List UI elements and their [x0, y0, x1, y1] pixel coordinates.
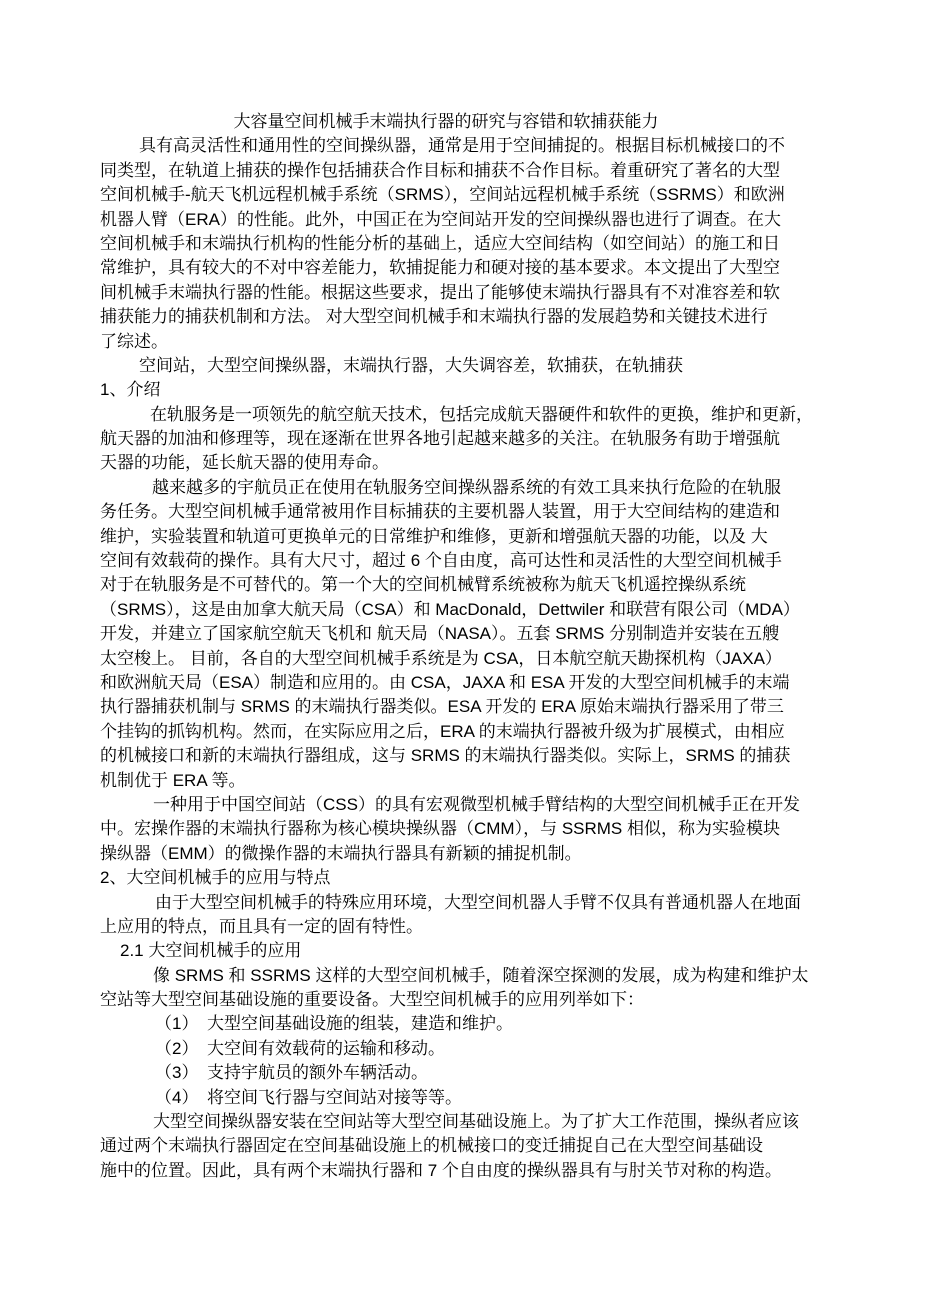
document-title: 大容量空间机械手末端执行器的研究与容错和软捕获能力: [100, 110, 792, 134]
text-line: 开发，并建立了国家航空航天飞机和 航天局（NASA）。五套 SRMS 分别制造并…: [100, 622, 792, 646]
text-line: 机器人臂（ERA）的性能。此外，中国正在为空间站开发的空间操纵器也进行了调查。在…: [100, 208, 792, 232]
text-line: 空间机械手和末端执行机构的性能分析的基础上，适应大空间结构（如空间站）的施工和日: [100, 232, 792, 256]
text-line: 天器的功能，延长航天器的使用寿命。: [100, 451, 792, 475]
text-line: 空间机械手-航天飞机远程机械手系统（SRMS），空间站远程机械手系统（SSRMS…: [100, 183, 792, 207]
text-line: （3） 支持宇航员的额外车辆活动。: [100, 1061, 792, 1085]
document-page: 大容量空间机械手末端执行器的研究与容错和软捕获能力 具有高灵活性和通用性的空间操…: [0, 0, 926, 1309]
text-line: 机制优于 ERA 等。: [100, 769, 792, 793]
document-body: 具有高灵活性和通用性的空间操纵器，通常是用于空间捕捉的。根据目标机械接口的不同类…: [100, 134, 792, 1183]
text-line: （4） 将空间飞行器与空间站对接等等。: [100, 1086, 792, 1110]
text-line: 大型空间操纵器安装在空间站等大型空间基础设施上。为了扩大工作范围，操纵者应该: [100, 1110, 792, 1134]
text-line: 上应用的特点，而且具有一定的固有特性。: [100, 915, 792, 939]
text-line: 由于大型空间机械手的特殊应用环境，大型空间机器人手臂不仅具有普通机器人在地面: [100, 891, 792, 915]
text-line: 空间有效载荷的操作。具有大尺寸，超过 6 个自由度，高可达性和灵活性的大型空间机…: [100, 549, 792, 573]
text-line: 操纵器（EMM）的微操作器的末端执行器具有新颖的捕捉机制。: [100, 842, 792, 866]
text-line: 中。宏操作器的末端执行器称为核心模块操纵器（CMM），与 SSRMS 相似，称为…: [100, 817, 792, 841]
text-line: （2） 大空间有效载荷的运输和移动。: [100, 1037, 792, 1061]
text-line: 同类型，在轨道上捕获的操作包括捕获合作目标和捕获不合作目标。着重研究了著名的大型: [100, 159, 792, 183]
text-line: 航天器的加油和修理等，现在逐渐在世界各地引起越来越多的关注。在轨服务有助于增强航: [100, 427, 792, 451]
text-line: 越来越多的宇航员正在使用在轨服务空间操纵器系统的有效工具来执行危险的在轨服: [100, 476, 792, 500]
text-line: 1、介绍: [100, 378, 792, 402]
text-line: 务任务。大型空间机械手通常被用作目标捕获的主要机器人装置，用于大空间结构的建造和: [100, 500, 792, 524]
text-line: 像 SRMS 和 SSRMS 这样的大型空间机械手，随着深空探测的发展，成为构建…: [100, 964, 792, 988]
text-line: （SRMS），这是由加拿大航天局（CSA）和 MacDonald，Dettwil…: [100, 598, 792, 622]
text-line: （1） 大型空间基础设施的组装，建造和维护。: [100, 1012, 792, 1036]
text-line: 执行器捕获机制与 SRMS 的末端执行器类似。ESA 开发的 ERA 原始末端执…: [100, 695, 792, 719]
text-line: 的机械接口和新的末端执行器组成，这与 SRMS 的末端执行器类似。实际上，SRM…: [100, 744, 792, 768]
text-line: 空间站，大型空间操纵器，末端执行器，大失调容差，软捕获，在轨捕获: [100, 354, 792, 378]
text-line: 对于在轨服务是不可替代的。第一个大的空间机械臂系统被称为航天飞机遥控操纵系统: [100, 573, 792, 597]
text-line: 间机械手末端执行器的性能。根据这些要求，提出了能够使末端执行器具有不对准容差和软: [100, 281, 792, 305]
text-line: 施中的位置。因此，具有两个末端执行器和 7 个自由度的操纵器具有与肘关节对称的构…: [100, 1159, 792, 1183]
text-line: 2.1 大空间机械手的应用: [100, 939, 792, 963]
text-line: 具有高灵活性和通用性的空间操纵器，通常是用于空间捕捉的。根据目标机械接口的不: [100, 134, 792, 158]
text-line: 通过两个末端执行器固定在空间基础设施上的机械接口的变迁捕捉自己在大型空间基础设: [100, 1134, 792, 1158]
text-line: 太空梭上。 目前，各自的大型空间机械手系统是为 CSA，日本航空航天勘探机构（J…: [100, 647, 792, 671]
text-line: 在轨服务是一项领先的航空航天技术，包括完成航天器硬件和软件的更换，维护和更新，: [100, 403, 792, 427]
text-line: 个挂钩的抓钩机构。然而，在实际应用之后，ERA 的末端执行器被升级为扩展模式，由…: [100, 720, 792, 744]
text-line: 空站等大型空间基础设施的重要设备。大型空间机械手的应用列举如下：: [100, 988, 792, 1012]
text-line: 和欧洲航天局（ESA）制造和应用的。由 CSA，JAXA 和 ESA 开发的大型…: [100, 671, 792, 695]
document-content: 大容量空间机械手末端执行器的研究与容错和软捕获能力 具有高灵活性和通用性的空间操…: [100, 110, 792, 1183]
text-line: 常维护，具有较大的不对中容差能力，软捕捉能力和硬对接的基本要求。本文提出了大型空: [100, 256, 792, 280]
text-line: 捕获能力的捕获机制和方法。 对大型空间机械手和末端执行器的发展趋势和关键技术进行: [100, 305, 792, 329]
text-line: 了综述。: [100, 330, 792, 354]
text-line: 维护，实验装置和轨道可更换单元的日常维护和维修，更新和增强航天器的功能，以及 大: [100, 525, 792, 549]
text-line: 2、大空间机械手的应用与特点: [100, 866, 792, 890]
text-line: 一种用于中国空间站（CSS）的具有宏观微型机械手臂结构的大型空间机械手正在开发: [100, 793, 792, 817]
